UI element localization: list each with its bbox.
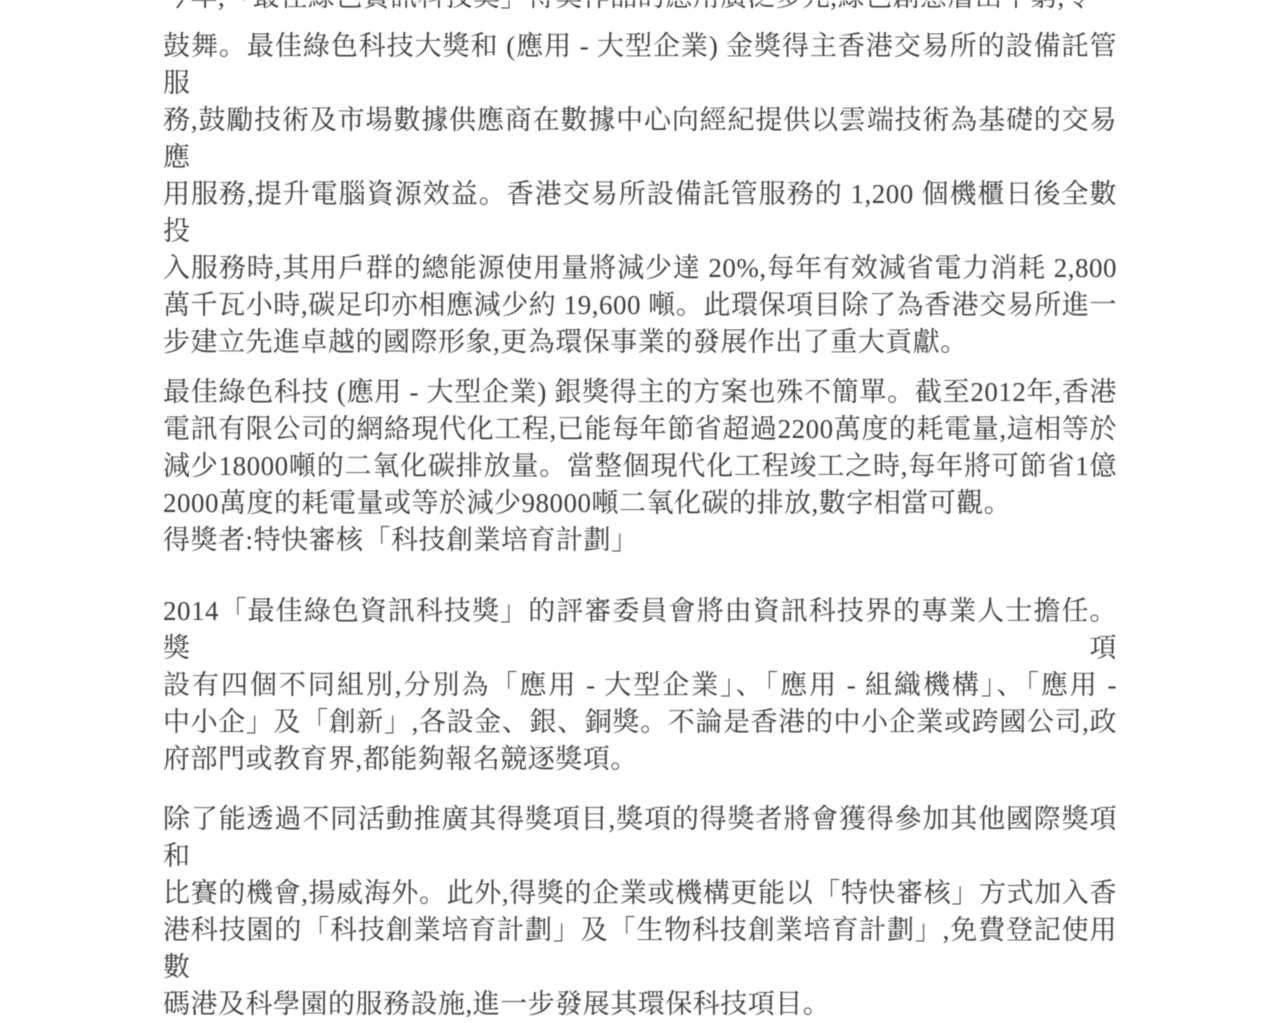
text-line: 鼓舞。最佳綠色科技大獎和 (應用 - 大型企業) 金獎得主香港交易所的設備託管服 xyxy=(163,28,1117,102)
section-heading-wrap: 得獎者:特快審核「科技創業培育計劃」 xyxy=(163,522,1117,559)
paragraph-2: 最佳綠色科技 (應用 - 大型企業) 銀獎得主的方案也殊不簡單。截至2012年,… xyxy=(163,374,1117,522)
paragraph-4: 2014「最佳綠色資訊科技獎」的評審委員會將由資訊科技界的專業人士擔任。獎項 設… xyxy=(163,593,1117,768)
text-line: 減少18000噸的二氧化碳排放量。當整個現代化工程竣工之時,每年將可節省1億 xyxy=(163,448,1117,485)
text-line: 電訊有限公司的網絡現代化工程,已能每年節省超過2200萬度的耗電量,這相等於 xyxy=(163,411,1117,448)
text-line-clipped-top: 今年,「最佳綠色資訊科技獎」得獎作品的應用廣泛多元,綠色創意層出不窮,令人 xyxy=(163,0,1117,11)
text-line: 中小企」及「創新」,各設金、銀、銅獎。不論是香港的中小企業或跨國公司,政 xyxy=(163,704,1117,741)
text-line: 用服務,提升電腦資源效益。香港交易所設備託管服務的 1,200 個機櫃日後全數投 xyxy=(163,176,1117,250)
text-line: 萬千瓦小時,碳足印亦相應減少約 19,600 噸。此環保項目除了為香港交易所進一 xyxy=(163,287,1117,324)
text-line: 府部門或教育界,都能夠報名競逐獎項。 xyxy=(163,741,1117,768)
paragraph-1: 鼓舞。最佳綠色科技大獎和 (應用 - 大型企業) 金獎得主香港交易所的設備託管服… xyxy=(163,28,1117,361)
text-line: 今年,「最佳綠色資訊科技獎」得獎作品的應用廣泛多元,綠色創意層出不窮,令人 xyxy=(163,0,1117,11)
text-line: 入服務時,其用戶群的總能源使用量將減少達 20%,每年有效減省電力消耗 2,80… xyxy=(163,250,1117,287)
section-heading: 得獎者:特快審核「科技創業培育計劃」 xyxy=(163,522,1117,559)
text-line: 2000萬度的耗電量或等於減少98000噸二氧化碳的排放,數字相當可觀。 xyxy=(163,485,1117,522)
document-page: 今年,「最佳綠色資訊科技獎」得獎作品的應用廣泛多元,綠色創意層出不窮,令人 鼓舞… xyxy=(163,0,1117,768)
text-line: 2014「最佳綠色資訊科技獎」的評審委員會將由資訊科技界的專業人士擔任。獎項 xyxy=(163,593,1117,667)
text-line: 最佳綠色科技 (應用 - 大型企業) 銀獎得主的方案也殊不簡單。截至2012年,… xyxy=(163,374,1117,411)
text-line: 步建立先進卓越的國際形象,更為環保事業的發展作出了重大貢獻。 xyxy=(163,324,1117,361)
text-line: 設有四個不同組別,分別為「應用 - 大型企業」、「應用 - 組織機構」、「應用 … xyxy=(163,667,1117,704)
text-line: 務,鼓勵技術及市場數據供應商在數據中心向經紀提供以雲端技術為基礎的交易應 xyxy=(163,102,1117,176)
